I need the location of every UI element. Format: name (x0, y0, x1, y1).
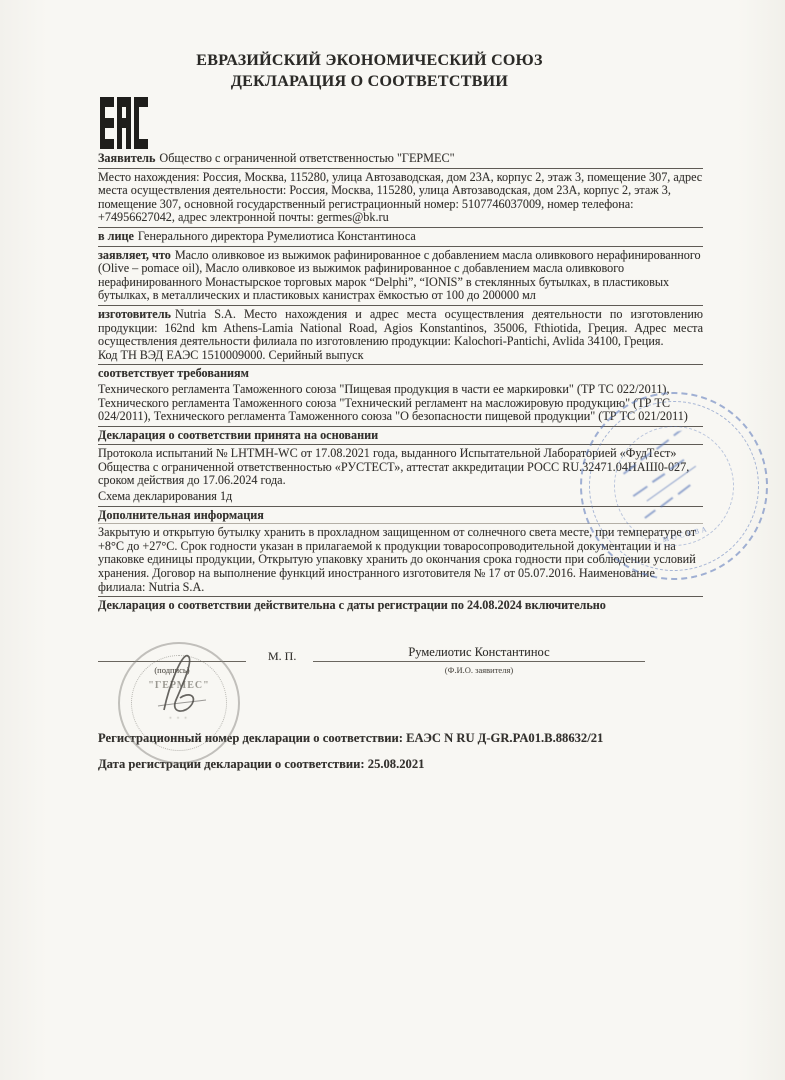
declares-label: заявляет, что (98, 248, 171, 262)
registration-date-value: 25.08.2021 (368, 757, 425, 771)
document-title: ЕВРАЗИЙСКИЙ ЭКОНОМИЧЕСКИЙ СОЮЗ ДЕКЛАРАЦИ… (98, 50, 641, 92)
seal-place-label: М. П. (268, 650, 296, 664)
tn-ved-code-line: Код ТН ВЭД ЕАЭС 1510009000. Серийный вып… (98, 349, 703, 363)
applicant-address-section: Место нахождения: Россия, Москва, 115280… (98, 171, 703, 228)
title-line-union: ЕВРАЗИЙСКИЙ ЭКОНОМИЧЕСКИЙ СОЮЗ (98, 50, 641, 71)
product-declaration-section: заявляет, чтоМасло оливковое из выжимок … (98, 249, 703, 306)
registration-number-line: Регистрационный номер декларации о соотв… (98, 732, 703, 746)
signature-caption: (подпись) (122, 664, 222, 678)
registration-date-line: Дата регистрации декларации о соответств… (98, 758, 703, 772)
applicant-value: Общество с ограниченной ответственностью… (159, 151, 454, 165)
applicant-label: Заявитель (98, 151, 155, 165)
represented-by-value: Генерального директора Румелиотиса Конст… (138, 229, 416, 243)
applicant-name: Румелиотис Константинос (313, 646, 645, 660)
applicant-section: ЗаявительОбщество с ограниченной ответст… (98, 152, 703, 169)
scanned-declaration-page: { "header": { "title_line1": "ЕВРАЗИЙСКИ… (0, 0, 785, 1080)
complies-heading: соответствует требованиям (98, 367, 703, 382)
manufacturer-label: изготовитель (98, 307, 171, 321)
complies-paragraph: Технического регламента Таможенного союз… (98, 383, 703, 427)
declares-value: Масло оливковое из выжимок рафинированно… (98, 248, 701, 303)
applicant-name-line (313, 661, 645, 662)
basis-paragraph: Протокола испытаний № LHTMH-WC от 17.08.… (98, 447, 703, 489)
validity-statement: Декларация о соответствии действительна … (98, 599, 703, 613)
title-line-declaration: ДЕКЛАРАЦИЯ О СООТВЕТСТВИИ (98, 71, 641, 92)
additional-info-heading: Дополнительная информация (98, 509, 703, 525)
manufacturer-value: Nutria S.A. Место нахождения и адрес мес… (98, 307, 703, 348)
signature-line (98, 661, 246, 662)
registration-date-label: Дата регистрации декларации о соответств… (98, 757, 365, 771)
basis-heading: Декларация о соответствии принята на осн… (98, 429, 703, 446)
registration-number-label: Регистрационный номер декларации о соотв… (98, 731, 403, 745)
represented-by-section: в лицеГенерального директора Румелиотиса… (98, 230, 703, 247)
signature-area: (подпись) М. П. Румелиотис Константинос … (98, 617, 703, 721)
eac-conformity-mark-icon (100, 97, 703, 149)
manufacturer-section: изготовительNutria S.A. Место нахождения… (98, 308, 703, 365)
registration-number-value: ЕАЭС N RU Д-GR.PA01.B.88632/21 (406, 731, 603, 745)
represented-by-label: в лице (98, 229, 134, 243)
declaration-document: ЕВРАЗИЙСКИЙ ЭКОНОМИЧЕСКИЙ СОЮЗ ДЕКЛАРАЦИ… (98, 48, 703, 772)
additional-info-paragraph: Закрытую и открытую бутылку хранить в пр… (98, 526, 703, 597)
declaration-scheme-line: Схема декларирования 1д (98, 490, 703, 507)
applicant-name-caption: (Ф.И.О. заявителя) (313, 664, 645, 678)
manufacturer-paragraph: изготовительNutria S.A. Место нахождения… (98, 308, 703, 349)
